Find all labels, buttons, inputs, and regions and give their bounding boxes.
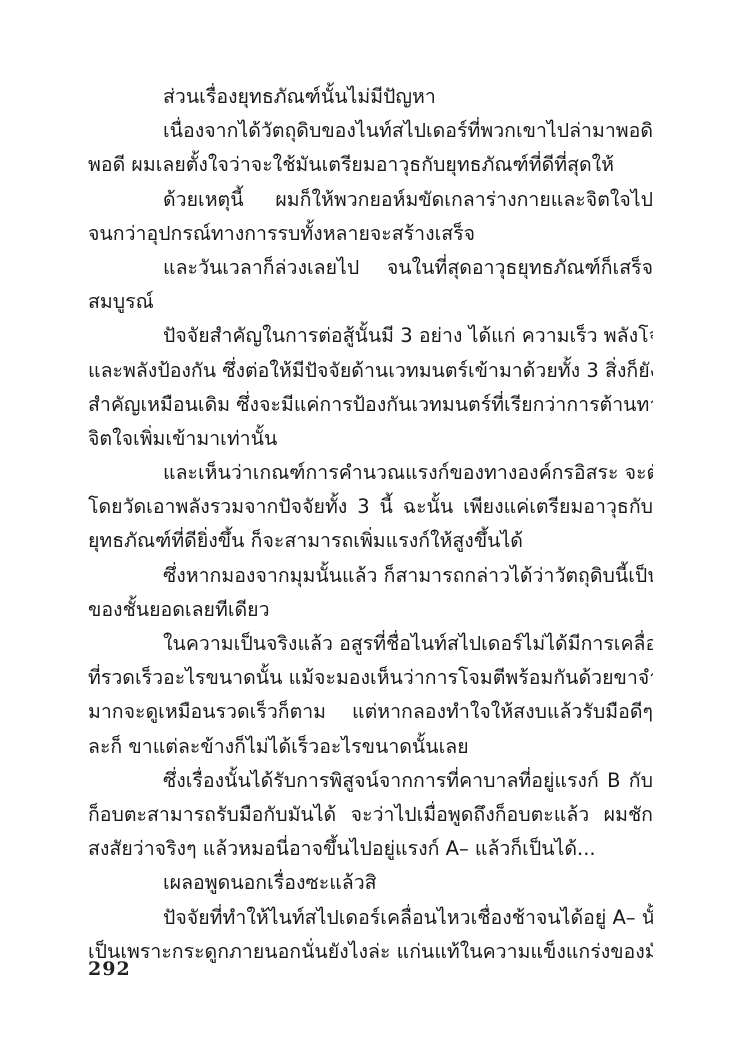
- text-line: ในความเป็นจริงแล้ว อสูรที่ชื่อไนท์สไปเดอ…: [88, 627, 653, 661]
- text-line: สงสัยว่าจริงๆ แล้วหมอนี่อาจขึ้นไปอยู่แรง…: [88, 832, 653, 866]
- text-line: สมบูรณ์: [88, 285, 653, 319]
- text-line: ปัจจัยสำคัญในการต่อสู้นั้นมี 3 อย่าง ได้…: [88, 319, 653, 353]
- text-line: ด้วยเหตุนี้ ผมก็ให้พวกยอห์มขัดเกลาร่างกา…: [88, 183, 653, 217]
- page-body: ส่วนเรื่องยุทธภัณฑ์นั้นไม่มีปัญหา เนื่อง…: [88, 80, 653, 969]
- text-line: ปัจจัยที่ทำให้ไนท์สไปเดอร์เคลื่อนไหวเชื่…: [88, 901, 653, 935]
- text-line: เผลอพูดนอกเรื่องซะแล้วสิ: [88, 866, 653, 900]
- text-line: เป็นเพราะกระดูกภายนอกนั่นยังไงล่ะ แก่นแท…: [88, 935, 653, 969]
- text-line: ซึ่งเรื่องนั้นได้รับการพิสูจน์จากการที่ค…: [88, 764, 653, 798]
- text-line: สำคัญเหมือนเดิม ซึ่งจะมีแค่การป้องกันเวท…: [88, 388, 653, 422]
- text-line: จนกว่าอุปกรณ์ทางการรบทั้งหลายจะสร้างเสร็…: [88, 217, 653, 251]
- text-line: ก็อบตะสามารถรับมือกับมันได้ จะว่าไปเมื่อ…: [88, 798, 653, 832]
- text-line: เนื่องจากได้วัตถุดิบของไนท์สไปเดอร์ที่พว…: [88, 114, 653, 148]
- text-line: และวันเวลาก็ล่วงเลยไป จนในที่สุดอาวุธยุท…: [88, 251, 653, 285]
- text-line: ยุทธภัณฑ์ที่ดียิ่งขึ้น ก็จะสามารถเพิ่มแร…: [88, 524, 653, 558]
- text-line: และเห็นว่าเกณฑ์การคำนวณแรงก์ของทางองค์กร…: [88, 456, 653, 490]
- text-line: ของชั้นยอดเลยทีเดียว: [88, 593, 653, 627]
- text-line: ซึ่งหากมองจากมุมนั้นแล้ว ก็สามารถกล่าวได…: [88, 559, 653, 593]
- text-line: ส่วนเรื่องยุทธภัณฑ์นั้นไม่มีปัญหา: [88, 80, 653, 114]
- text-line: ละก็ ขาแต่ละข้างก็ไม่ได้เร็วอะไรขนาดนั้น…: [88, 730, 653, 764]
- text-line: จิตใจเพิ่มเข้ามาเท่านั้น: [88, 422, 653, 456]
- text-line: มากจะดูเหมือนรวดเร็วก็ตาม แต่หากลองทำใจใ…: [88, 695, 653, 729]
- text-line: และพลังป้องกัน ซึ่งต่อให้มีปัจจัยด้านเวท…: [88, 354, 653, 388]
- text-line: พอดี ผมเลยตั้งใจว่าจะใช้มันเตรียมอาวุธกั…: [88, 148, 653, 182]
- text-line: โดยวัดเอาพลังรวมจากปัจจัยทั้ง 3 นี้ ฉะนั…: [88, 490, 653, 524]
- page-number: 292: [88, 958, 131, 980]
- text-line: ที่รวดเร็วอะไรขนาดนั้น แม้จะมองเห็นว่ากา…: [88, 661, 653, 695]
